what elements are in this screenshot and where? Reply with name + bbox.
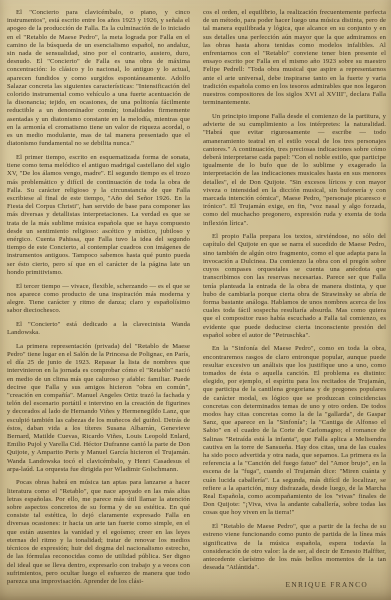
page: El "Concierto para clavicémbalo, o piano…: [0, 0, 391, 600]
left-paragraph-4: El "Concierto" está dedicado a la clavec…: [7, 321, 190, 337]
left-paragraph-3: El tercer tiempo — vivace, flexible, sch…: [7, 283, 190, 316]
right-paragraph-3: El propio Falla prepara los textos, sirv…: [203, 233, 386, 340]
left-paragraph-2: El primer tiempo, escrito en esquematiza…: [7, 154, 190, 277]
right-paragraph-1: cos el orden, el equilibrio, la realizac…: [203, 9, 386, 107]
left-column: El "Concierto para clavicémbalo, o piano…: [7, 9, 190, 600]
author-signature: ENRIQUE FRANCO: [203, 581, 386, 589]
right-paragraph-5: El "Retablo de Maese Pedro", que a parti…: [203, 523, 386, 572]
left-paragraph-6: Pocas obras habrá en música tan aptas pa…: [7, 479, 190, 586]
left-paragraph-1: El "Concierto para clavicémbalo, o piano…: [7, 9, 190, 148]
right-paragraph-2: Un principio impone Falla desde el comie…: [203, 113, 386, 228]
right-paragraph-4: En la "Sinfonía del Maese Pedro", como e…: [203, 345, 386, 517]
right-column: cos el orden, el equilibrio, la realizac…: [203, 9, 386, 600]
left-paragraph-5: La primera representación (privada) del …: [7, 343, 190, 474]
